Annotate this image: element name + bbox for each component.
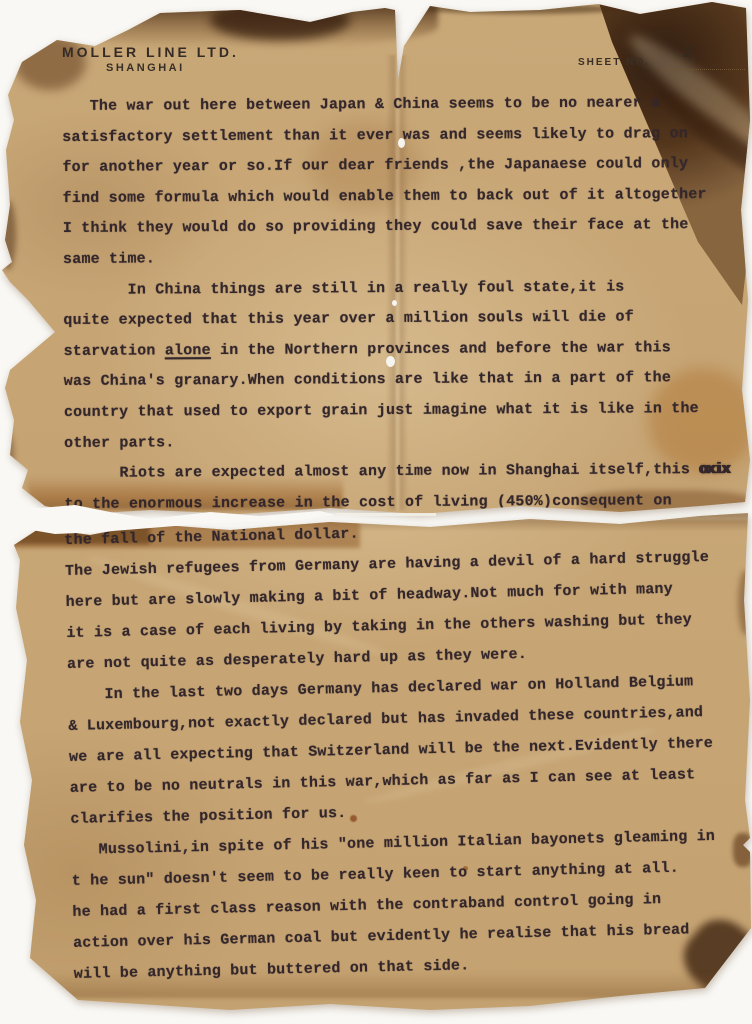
- text-segment: will be anything but buttered on that si…: [74, 957, 470, 983]
- letter-body-bottom: the fall of the National dollar.The Jewi…: [64, 510, 752, 990]
- text-segment: are to be no neutrals in this war,which …: [70, 766, 696, 797]
- tear-gap-thin: [336, 513, 436, 516]
- text-segment: action over his German coal but evidentl…: [73, 921, 690, 951]
- text-segment: the fall of the National dollar.: [64, 526, 359, 549]
- bottom-sheet-shadow: the fall of the National dollar.The Jewi…: [0, 0, 752, 1024]
- scanned-letter-page: MOLLER LINE LTD. SHANGHAI SHEET NO. 2 Th…: [0, 0, 752, 1024]
- text-segment: are not quite as desperately hard up as …: [67, 646, 527, 673]
- text-segment: clarifies the position for us.: [70, 805, 346, 828]
- bottom-sheet: the fall of the National dollar.The Jewi…: [0, 0, 752, 1024]
